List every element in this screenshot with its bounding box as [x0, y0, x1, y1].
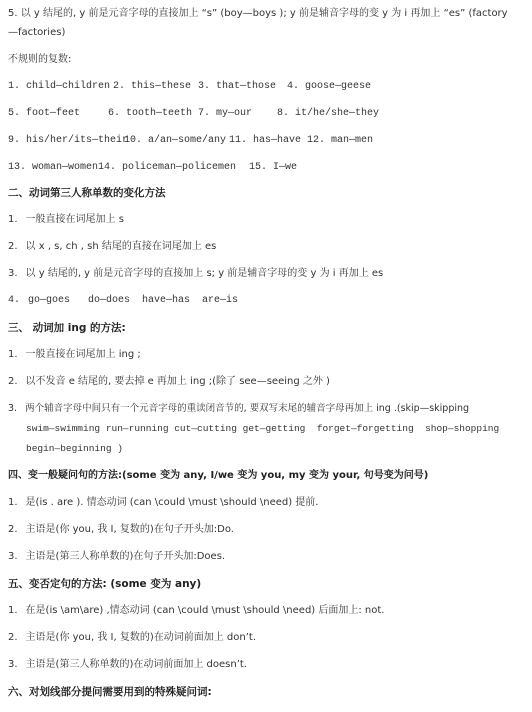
irregular-plural-item: 11. has—have [229, 134, 301, 148]
item-text: 以不发音 e 结尾的, 要去掉 e 再加上 ing ;(除了 see—seein… [26, 376, 330, 387]
item-text: 两个辅音字母中间只有一个元音字母的重读闭音节的, 要双写末尾的辅音字母再加上 i… [25, 403, 469, 414]
item-text: 主语是(你 you, 我 I, 复数的)在句子开头加:Do. [26, 524, 234, 535]
list-item: 2.主语是(你 you, 我 I, 复数的)在动词前面加上 don’t. [8, 631, 256, 645]
item-text: 以 y 结尾的, y 前是元音字母的直接加上 s; y 前是辅音字母的变 y 为… [26, 268, 384, 279]
list-item: 1.是(is . are ). 情态动词 (can \could \must \… [8, 496, 319, 510]
item-text: 在是(is \am\are) ,情态动词 (can \could \must \… [26, 605, 385, 616]
list-item: 1.在是(is \am\are) ,情态动词 (can \could \must… [8, 604, 384, 618]
irregular-plural-item: 7. my—our [198, 107, 252, 121]
list-item: 3.两个辅音字母中间只有一个元音字母的重读闭音节的, 要双写末尾的辅音字母再加上… [8, 402, 469, 416]
section-heading-negative-sentence: 五、变否定句的方法: (some 变为 any) [8, 577, 201, 591]
irregular-plural-item: 6. tooth—teeth [108, 107, 192, 121]
irregular-plurals-title: 不规则的复数: [8, 53, 71, 67]
item-number: 3. [8, 268, 18, 279]
list-item: 3.主语是(第三人称单数的)在句子开头加:Does. [8, 550, 225, 564]
list-item: 2.主语是(你 you, 我 I, 复数的)在句子开头加:Do. [8, 523, 234, 537]
irregular-plural-item: 9. his/her/its—their [8, 134, 128, 148]
item-number: 2. [8, 241, 18, 252]
irregular-plural-item: 15. I—we [249, 161, 297, 175]
plural-rule-5-line2: —factories) [8, 26, 65, 40]
item-text: 一般直接在词尾加上 ing ; [26, 349, 141, 360]
list-item: 3.主语是(第三人称单数的)在动词前面加上 doesn’t. [8, 658, 247, 672]
item-number: 1. [8, 349, 18, 360]
item-number: 2. [8, 376, 18, 387]
list-item: 2.以不发音 e 结尾的, 要去掉 e 再加上 ing ;(除了 see—see… [8, 375, 330, 389]
item-text: 以 x , s, ch , sh 结尾的直接在词尾加上 es [26, 241, 217, 252]
item-text: 主语是(你 you, 我 I, 复数的)在动词前面加上 don’t. [26, 632, 256, 643]
item-number: 1. [8, 605, 18, 616]
irregular-plural-item: 5. foot—feet [8, 107, 80, 121]
irregular-plural-item: 1. child—children [8, 80, 110, 94]
item-text: 一般直接在词尾加上 s [26, 214, 124, 225]
list-item: 2.以 x , s, ch , sh 结尾的直接在词尾加上 es [8, 240, 216, 254]
list-item: 4.go—goes do—does have—has are—is [8, 294, 238, 308]
item-text: 是(is . are ). 情态动词 (can \could \must \sh… [26, 497, 319, 508]
item-text-continuation: begin—beginning ) [26, 442, 123, 456]
list-item: 1.一般直接在词尾加上 ing ; [8, 348, 141, 362]
section-heading-general-question: 四、变一般疑问句的方法:(some 变为 any, I/we 变为 you, m… [8, 469, 428, 483]
irregular-plural-item: 4. goose—geese [287, 80, 371, 94]
item-number: 3. [8, 659, 18, 670]
item-number: 4. [8, 295, 20, 306]
list-item: 1.一般直接在词尾加上 s [8, 213, 124, 227]
section-heading-ing-form: 三、 动词加 ing 的方法: [8, 321, 126, 335]
plural-rule-5-line1: 5. 以 y 结尾的, y 前是元音字母的直接加上 “s” (boy—boys … [8, 7, 508, 21]
section-heading-special-questions: 六、对划线部分提问需要用到的特殊疑问词: [8, 685, 212, 699]
irregular-plural-item: 13. woman—women [8, 161, 98, 175]
item-number: 1. [8, 214, 18, 225]
item-text: go—goes do—does have—has are—is [28, 295, 238, 306]
item-number: 2. [8, 632, 18, 643]
irregular-plural-item: 14. policeman—policemen [98, 161, 236, 175]
irregular-plural-item: 10. a/an—some/any [124, 134, 226, 148]
item-text: 主语是(第三人称单数的)在动词前面加上 doesn’t. [26, 659, 247, 670]
item-number: 2. [8, 524, 18, 535]
irregular-plural-item: 8. it/he/she—they [277, 107, 379, 121]
irregular-plural-item: 3. that—those [198, 80, 276, 94]
item-text-continuation: swim—swimming run—running cut—cutting ge… [26, 422, 499, 436]
item-number: 3. [8, 403, 17, 414]
list-item: 3.以 y 结尾的, y 前是元音字母的直接加上 s; y 前是辅音字母的变 y… [8, 267, 383, 281]
item-number: 1. [8, 497, 18, 508]
irregular-plural-item: 12. man—men [307, 134, 373, 148]
section-heading-third-person: 二、动词第三人称单数的变化方法 [8, 186, 166, 200]
irregular-plural-item: 2. this—these [113, 80, 191, 94]
item-text: 主语是(第三人称单数的)在句子开头加:Does. [26, 551, 226, 562]
item-number: 3. [8, 551, 18, 562]
